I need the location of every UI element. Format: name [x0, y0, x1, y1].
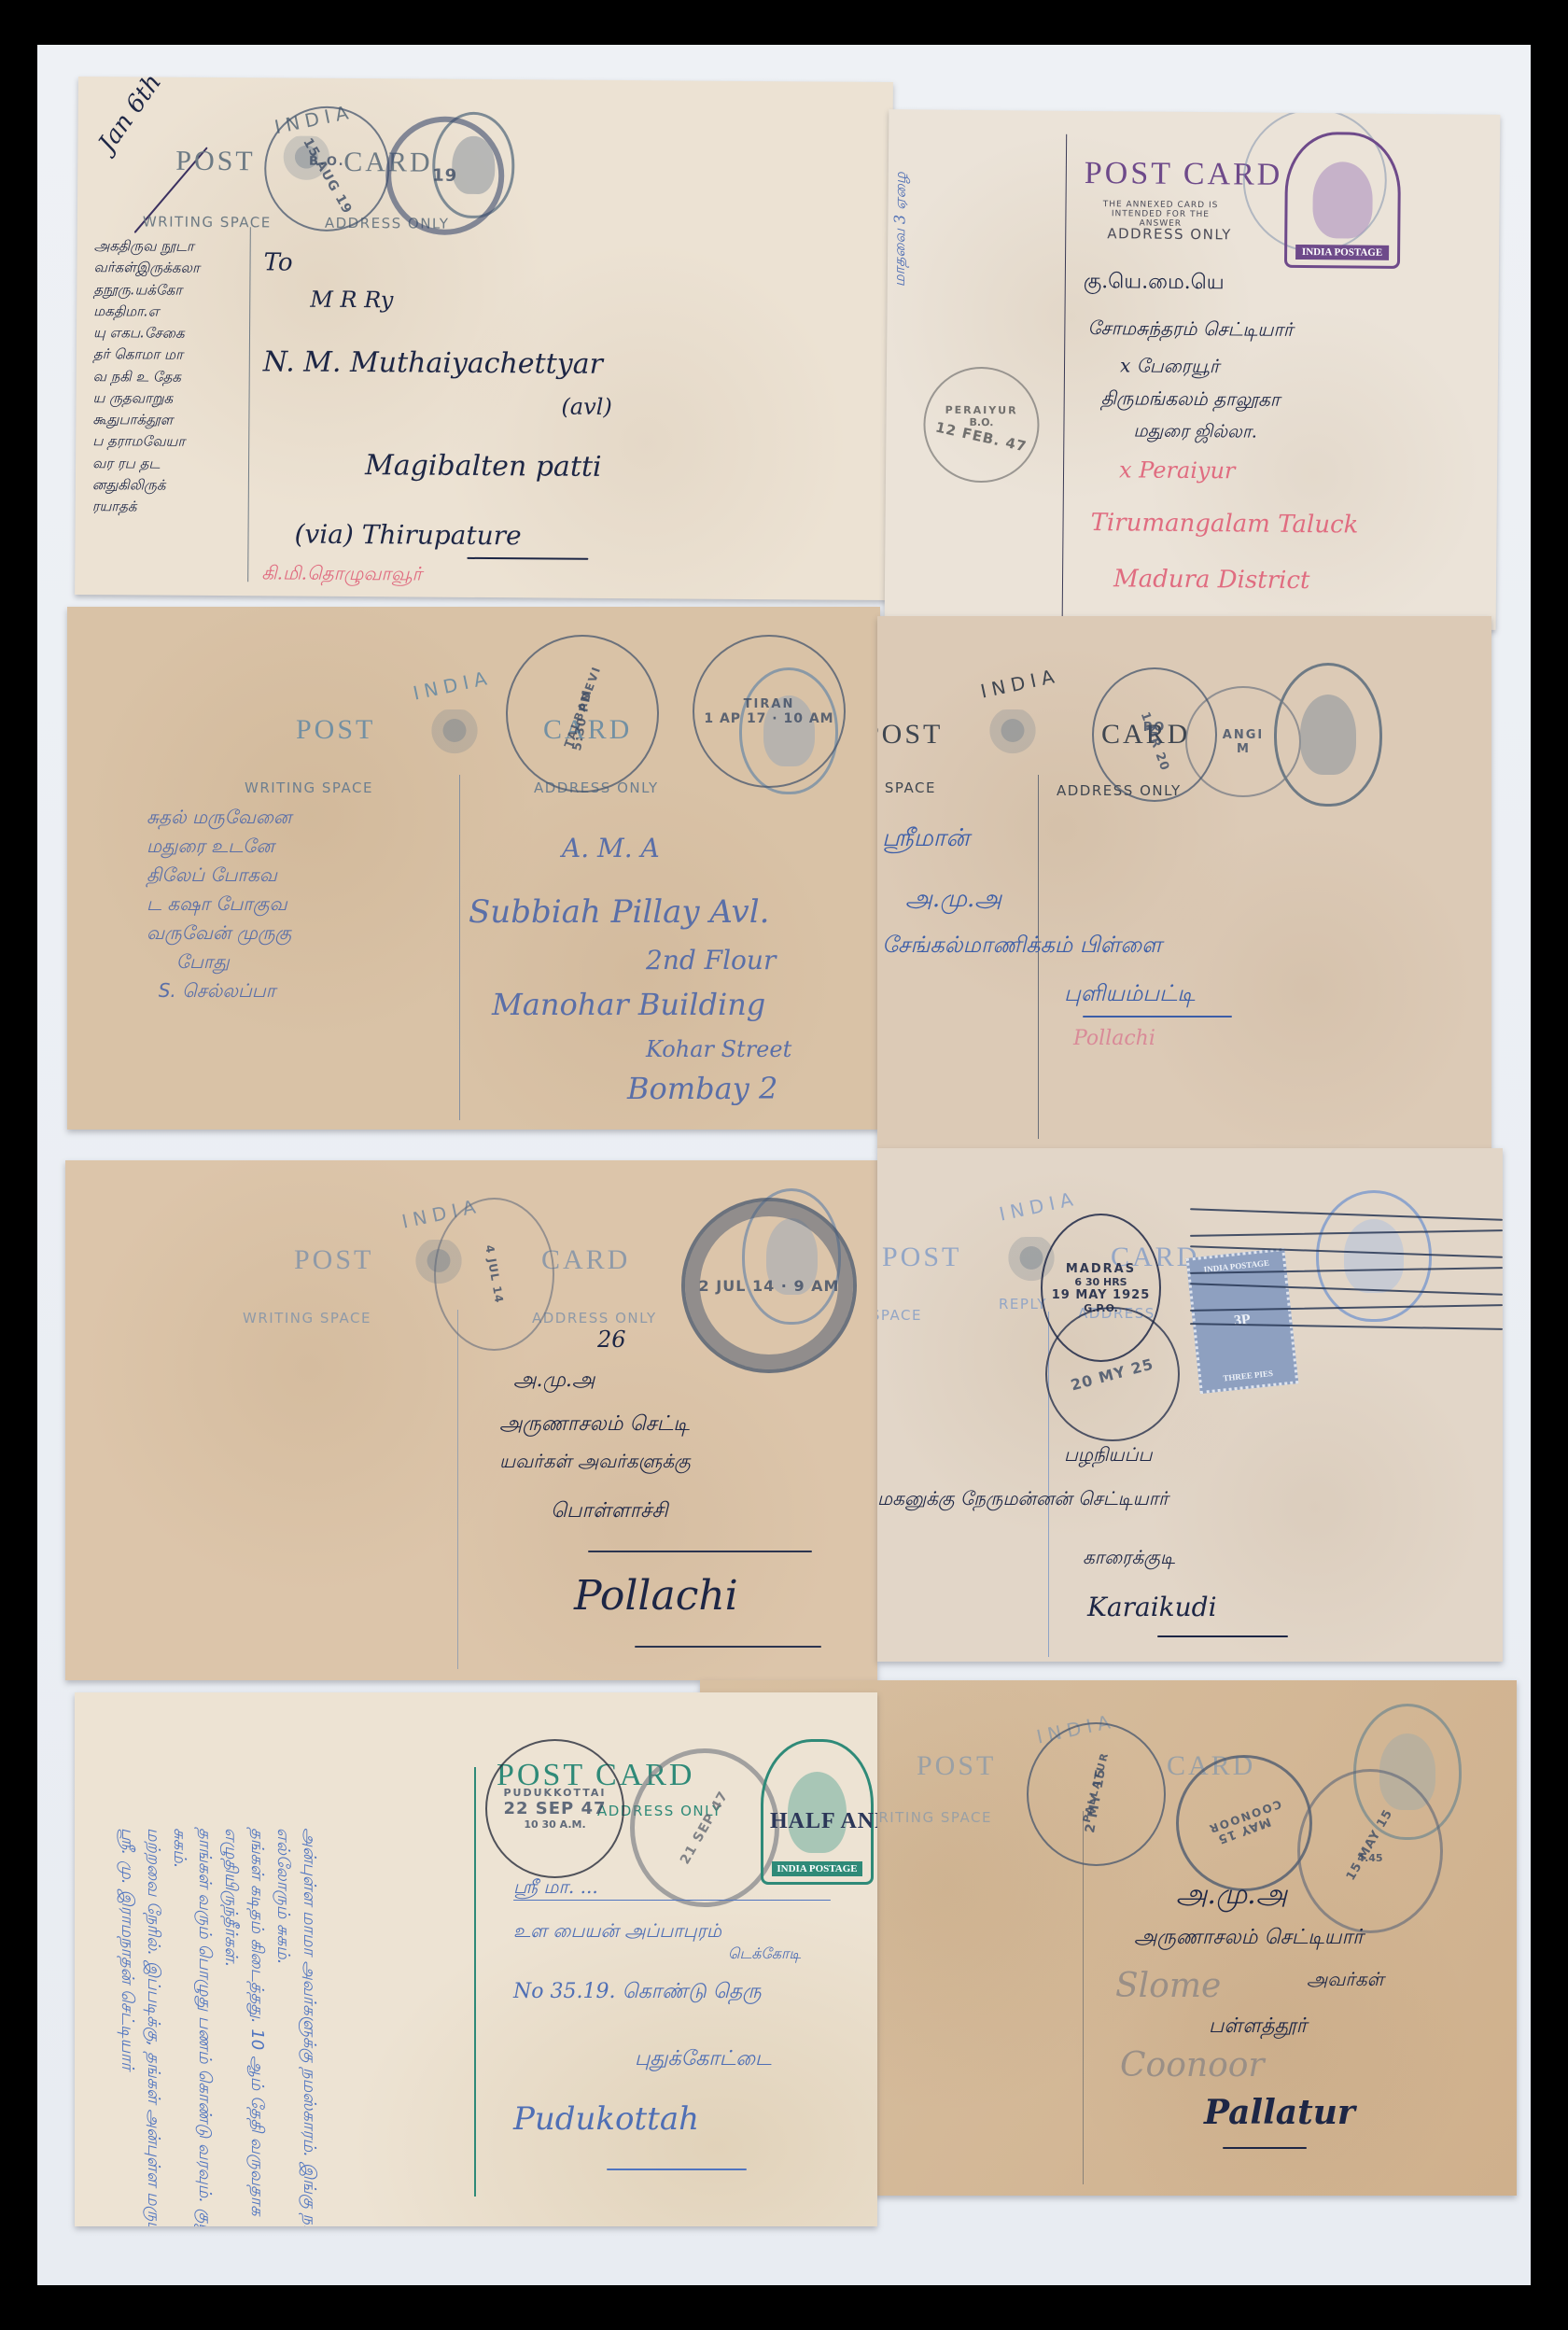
- grey-note: Coonoor: [1120, 2049, 1265, 2083]
- address-line: Pallatur: [1204, 2096, 1355, 2129]
- postcard-r2-right: INDIA POST CARD WRITING SPACE ADDRESS ON…: [877, 616, 1491, 1148]
- address-only-label: ADDRESS ONLY: [1107, 225, 1232, 243]
- card-divider: [1083, 1811, 1084, 2184]
- margin-note: Jan 6th: [94, 77, 165, 156]
- address-line: Magibalten patti: [365, 452, 602, 482]
- address-line: Kohar Street: [646, 1038, 791, 1060]
- writing-space-label: WRITING SPACE: [877, 779, 936, 796]
- address-line: A. M. A: [562, 835, 660, 862]
- postmark-trichinopoly: 21 SEP 47: [630, 1748, 779, 1907]
- tamil-message-vertical: அன்புள்ள மாமா அவர்களுக்கு நமஸ்காரம். இங்…: [75, 1828, 322, 2226]
- postmark-andavarayapattanam: B.O. 15 AUG 19: [264, 105, 390, 232]
- address-line: Manohar Building: [492, 990, 765, 1019]
- underline: [1157, 1635, 1288, 1637]
- address-line: To: [263, 250, 292, 274]
- address-line: சேங்கல்மாணிக்கம் பிள்ளை: [882, 933, 1162, 956]
- postmark-talbadevi: TALBADEVI 5:30 PM: [506, 635, 659, 793]
- address-line: மதுரை ஜில்லா.: [1133, 422, 1257, 441]
- underline: [467, 557, 588, 560]
- address-line: (avl): [561, 396, 611, 418]
- underline: [607, 2169, 747, 2170]
- post-label: POST: [882, 1242, 961, 1273]
- address-line: யவர்கள் அவர்களுக்கு: [499, 1452, 691, 1470]
- address-line: புதுக்கோட்டை: [635, 2049, 772, 2070]
- postmark-round-large: 15 MAY 15 4.45: [1297, 1769, 1443, 1933]
- postmark-coonoor: COONOOR MAY 15: [1176, 1755, 1312, 1891]
- reply-label: REPLY: [999, 1296, 1047, 1312]
- red-address-line: Tirumangalam Taluck: [1090, 511, 1358, 538]
- address-line: அ.மு.அ: [905, 887, 1001, 911]
- address-line: அ.மு.அ: [1176, 1881, 1287, 1909]
- address-line: உள பையன் அப்பாபுரம்: [513, 1921, 721, 1940]
- red-address-line: Madura District: [1113, 567, 1310, 593]
- postmark-madras-double: 2 JUL 14 · 9 AM: [681, 1198, 857, 1373]
- post-label: POST: [877, 719, 943, 751]
- postmark-pallatur: PALLATUR 2 MY 15: [1027, 1722, 1166, 1866]
- writing-space-label: WRITING SPACE: [877, 1307, 922, 1324]
- post-label: POST: [294, 1244, 373, 1276]
- address-line: அ.மு.அ: [513, 1370, 595, 1391]
- address-line: கு.யெ.மை.யெ: [1084, 272, 1225, 293]
- address-line: ஸ்ரீமான்: [882, 826, 970, 850]
- postcard-r3-right: INDIA POST CARD WRITING SPACE REPLY ADDR…: [877, 1148, 1503, 1662]
- postcard-r3-left: INDIA POST CARD WRITING SPACE ADDRESS ON…: [65, 1160, 877, 1680]
- post-label: POST: [175, 146, 256, 178]
- underline: [588, 1551, 812, 1552]
- writing-space-label: WRITING SPACE: [243, 1310, 371, 1326]
- writing-space-label: WRITING SPACE: [245, 779, 373, 796]
- dotted-line: [513, 1900, 831, 1901]
- postcard-r1-left: Jan 6th POST INDIA CARD WRITING SPACE AD…: [75, 77, 893, 600]
- address-line: Pudukottah: [513, 2103, 699, 2135]
- underline: [1083, 1016, 1232, 1018]
- machine-cancel-icon: [1190, 1204, 1503, 1335]
- address-line: திருமங்கலம் தாலூகா: [1101, 388, 1281, 409]
- address-line: Pollachi: [574, 1576, 738, 1617]
- india-label: INDIA: [978, 664, 1061, 702]
- postmark-peraiyur: PERAIYUR B.O. 12 FEB. 47: [923, 366, 1040, 483]
- postcard-r2-left: INDIA POST CARD WRITING SPACE ADDRESS ON…: [67, 607, 880, 1130]
- postcard-r4-left: அன்புள்ள மாமா அவர்களுக்கு நமஸ்காரம். இங்…: [75, 1692, 877, 2226]
- postcard-r1-right: மாதவை 3 ஏழை POST CARD THE ANNEXED CARD I…: [885, 109, 1501, 630]
- post-label: POST: [917, 1750, 996, 1782]
- postmark-round: 19: [385, 116, 505, 235]
- stamp-bottom-text: THREE PIES: [1223, 1369, 1274, 1389]
- address-line: x பேரையூர்: [1120, 356, 1219, 375]
- address-line: M R Ry: [310, 288, 393, 312]
- card-divider: [474, 1767, 476, 2197]
- india-label: INDIA: [997, 1186, 1080, 1225]
- address-line: சோமசுந்தரம் செட்டியார்: [1087, 318, 1293, 339]
- address-line: பழநியப்ப: [1064, 1445, 1152, 1464]
- stamp-label: INDIA POSTAGE: [772, 1861, 862, 1876]
- royal-arms-icon: [985, 709, 1041, 756]
- postmark-small: 4 JUL 14: [434, 1198, 554, 1351]
- royal-arms-icon: [427, 709, 483, 756]
- writing-space-label: WRITING SPACE: [863, 1809, 992, 1826]
- red-address-line: x Peraiyur: [1119, 458, 1236, 482]
- address-line: மகனுக்கு நேருமன்னன் செட்டியார்: [877, 1489, 1169, 1508]
- half-anna-stamp: INDIA POSTAGE: [1284, 132, 1401, 269]
- address-line: டெக்கோடி: [728, 1946, 801, 1961]
- address-only-label: ADDRESS ONLY: [532, 1310, 657, 1326]
- address-line: No 35.19. கொண்டு தெரு: [513, 1982, 762, 2002]
- card-divider: [457, 1310, 458, 1669]
- address-line: Subbiah Pillay Avl.: [469, 896, 769, 928]
- address-line: 26: [597, 1328, 626, 1351]
- tamil-message: அகதிருவ நூடாவர்கள்இருக்கலாதநூரு.யக்கோமகத…: [92, 235, 244, 518]
- card-divider: [459, 775, 460, 1120]
- card-divider: [1062, 134, 1068, 620]
- album-page: Jan 6th POST INDIA CARD WRITING SPACE AD…: [37, 45, 1531, 2285]
- red-note: Pollachi: [1073, 1029, 1155, 1049]
- quarter-anna-stamp: [1274, 663, 1382, 807]
- address-line: அவர்கள்: [1307, 1970, 1384, 1988]
- address-line: Bombay 2: [627, 1074, 777, 1103]
- tamil-message: சுதல் மருவேனைமதுரை உடனேதிலேப் போகவட கஷா …: [147, 803, 455, 1005]
- postmark-second: 20 MY 25: [1045, 1307, 1180, 1441]
- post-label: POST: [296, 714, 375, 746]
- address-line: பள்ளத்தூர்: [1209, 2016, 1307, 2037]
- card-label: CARD: [541, 1244, 630, 1276]
- stamp-label: INDIA POSTAGE: [1295, 245, 1388, 260]
- red-note: கி.மி.தொழுவாவூர்: [261, 563, 422, 582]
- address-line: (via) Thirupature: [294, 522, 521, 550]
- side-note: மாதவை 3 ஏழை: [892, 172, 908, 287]
- address-line: காரைக்குடி: [1083, 1548, 1175, 1566]
- address-line: ஸ்ரீ மா. ...: [513, 1877, 598, 1896]
- address-line: அருணாசலம் செட்டியார்: [1134, 1928, 1364, 1948]
- card-divider: [247, 227, 251, 582]
- address-line: பொள்ளாச்சி: [551, 1501, 668, 1522]
- address-line: N. M. Muthaiyachettyar: [263, 348, 603, 379]
- address-line: 2nd Flour: [646, 947, 776, 974]
- underline: [635, 1646, 821, 1648]
- writing-space-label: WRITING SPACE: [143, 213, 272, 231]
- grey-note: Slome: [1115, 1970, 1221, 2003]
- half-anna-surcharge: HALF ANNA: [770, 1809, 877, 1834]
- address-line: Karaikudi: [1087, 1594, 1217, 1621]
- address-line: புளியம்பட்டி: [1064, 982, 1195, 1004]
- postmark-pudukkottai: PUDUKKOTTAI 22 SEP 47 10 30 A.M.: [485, 1739, 624, 1878]
- postmark-tiran: TIRAN 1 AP 17 · 10 AM: [693, 635, 846, 788]
- india-label: INDIA: [411, 666, 494, 704]
- address-line: அருணாசலம் செட்டி: [499, 1414, 690, 1435]
- underline: [1223, 2147, 1307, 2149]
